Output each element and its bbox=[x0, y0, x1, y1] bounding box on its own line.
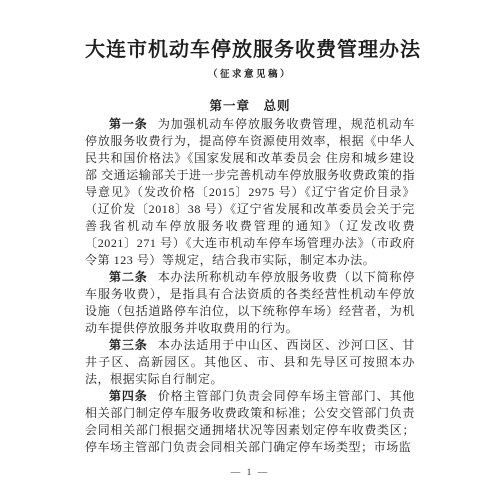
document-subtitle: （征求意见稿） bbox=[85, 66, 415, 80]
page-number: — 1 — bbox=[85, 468, 415, 478]
article-1-number: 第一条 bbox=[109, 117, 148, 131]
document-page: 大连市机动车停放服务收费管理办法 （征求意见稿） 第一章 总则 第一条为加强机动… bbox=[0, 0, 500, 500]
paragraph-article-2: 第二条本办法所称机动车停放服务收费（以下简称停车服务收费），是指具有合法资质的各… bbox=[85, 269, 415, 337]
article-4-number: 第四条 bbox=[109, 389, 148, 403]
paragraph-article-1: 第一条为加强机动车停放服务收费管理，规范机动车停放服务收费行为，提高停车资源使用… bbox=[85, 116, 415, 269]
document-title: 大连市机动车停放服务收费管理办法 bbox=[85, 38, 415, 63]
article-2-number: 第二条 bbox=[109, 270, 148, 284]
chapter-heading: 第一章 总则 bbox=[85, 96, 415, 114]
article-1-text: 为加强机动车停放服务收费管理，规范机动车停放服务收费行为，提高停车资源使用效率，… bbox=[85, 117, 415, 267]
article-3-number: 第三条 bbox=[109, 338, 148, 352]
paragraph-article-3: 第三条本办法适用于中山区、西岗区、沙河口区、甘井子区、高新园区。其他区、市、县和… bbox=[85, 337, 415, 388]
paragraph-article-4: 第四条价格主管部门负责会同停车场主管部门、其他相关部门制定停车服务收费政策和标准… bbox=[85, 388, 415, 456]
document-body: 第一条为加强机动车停放服务收费管理，规范机动车停放服务收费行为，提高停车资源使用… bbox=[85, 116, 415, 456]
